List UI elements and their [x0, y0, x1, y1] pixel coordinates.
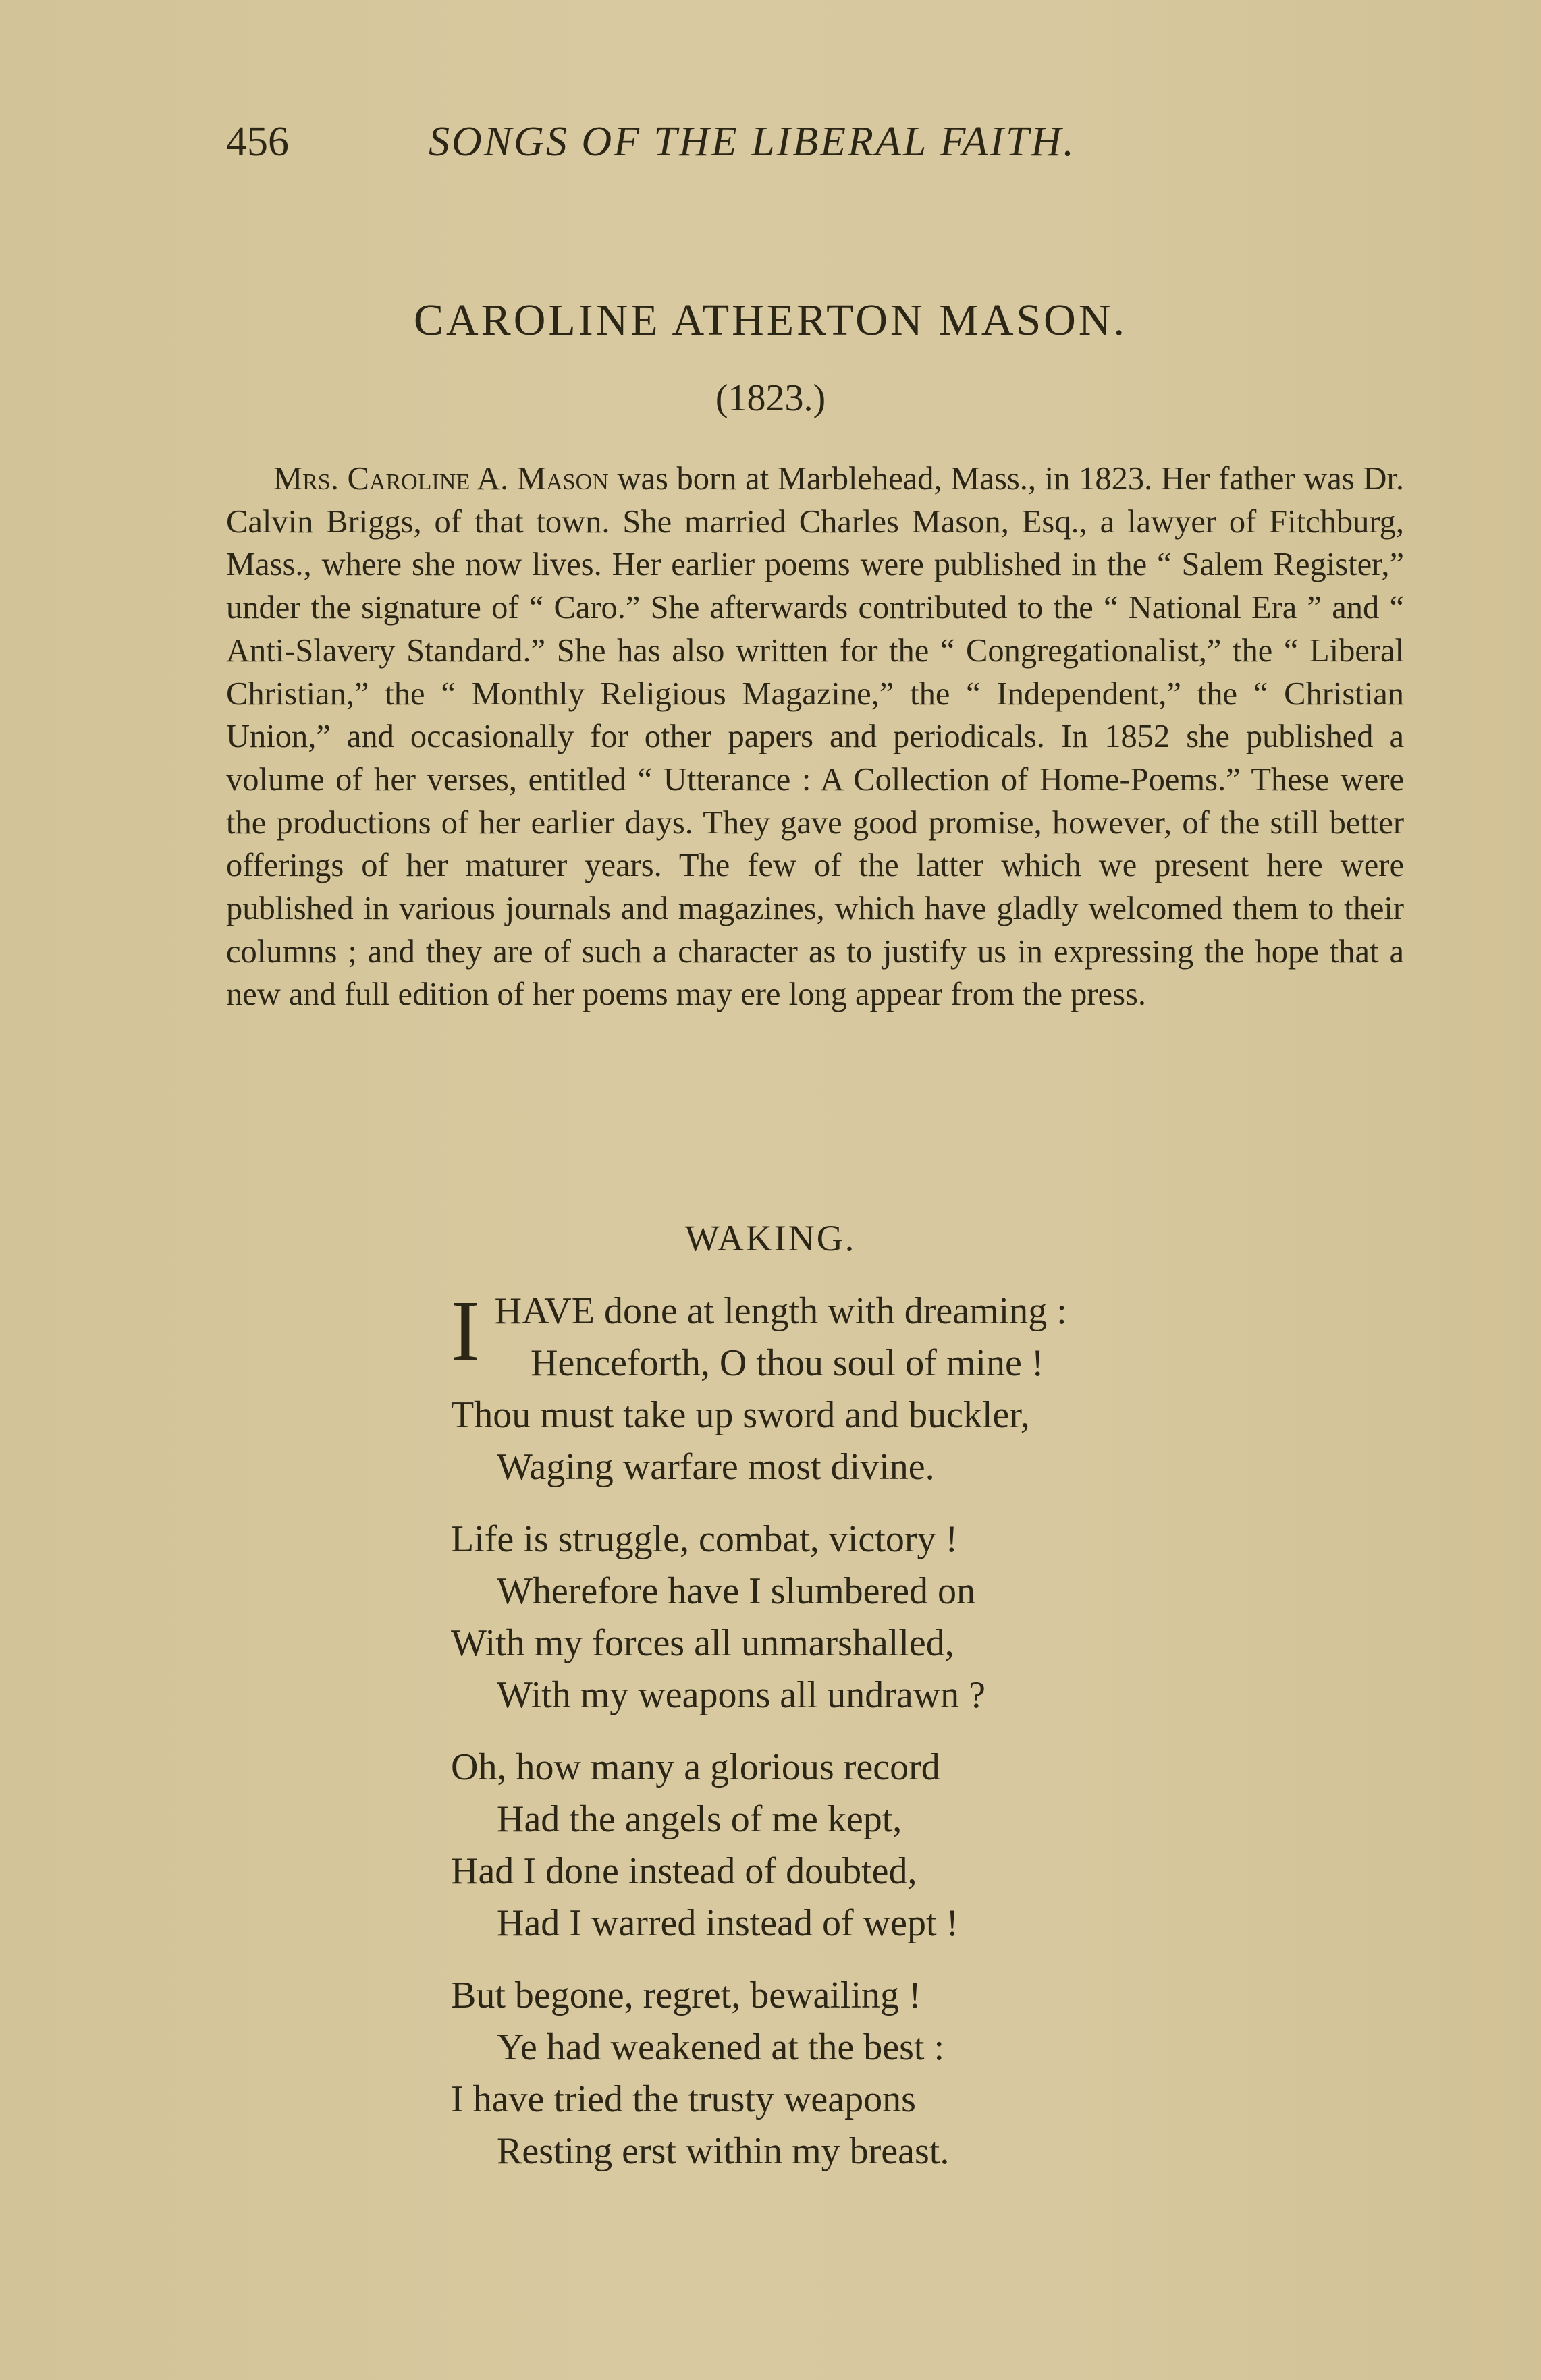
poem-line: Life is struggle, combat, victory !	[451, 1514, 1328, 1566]
page-number: 456	[226, 115, 289, 169]
stanza-2: Life is struggle, combat, victory ! Wher…	[451, 1514, 1328, 1721]
poem-line: Had I warred instead of wept !	[451, 1898, 1328, 1949]
poem-line: HAVE done at length with dreaming :	[451, 1285, 1328, 1337]
poem-line: Henceforth, O thou soul of mine !	[451, 1337, 1328, 1389]
poem-line: Waging warfare most divine.	[451, 1441, 1328, 1493]
biography: Mrs. Caroline A. Mason was born at Marbl…	[226, 458, 1404, 1016]
poem-line: Oh, how many a glorious record	[451, 1742, 1328, 1794]
book-page: 456 SONGS OF THE LIBERAL FAITH. CAROLINE…	[0, 0, 1541, 2380]
stanza-3: Oh, how many a glorious record Had the a…	[451, 1742, 1328, 1949]
biography-lead: Mrs. Caroline A. Mason	[273, 461, 609, 497]
stanza-1: I HAVE done at length with dreaming : He…	[451, 1285, 1328, 1493]
drop-cap: I	[451, 1294, 480, 1375]
poem-line: With my forces all unmarshalled,	[451, 1617, 1328, 1669]
poem-line: But begone, regret, bewailing !	[451, 1970, 1328, 2022]
author-heading: CAROLINE ATHERTON MASON.	[0, 290, 1541, 351]
author-dates: (1823.)	[0, 375, 1541, 422]
poem-line: With my weapons all undrawn ?	[451, 1669, 1328, 1721]
poem-line: Thou must take up sword and buckler,	[451, 1389, 1328, 1441]
poem-line: Wherefore have I slumbered on	[451, 1566, 1328, 1617]
running-title: SONGS OF THE LIBERAL FAITH.	[429, 115, 1076, 169]
poem-line: Ye had weakened at the best :	[451, 2022, 1328, 2074]
biography-text: was born at Marblehead, Mass., in 1823. …	[226, 461, 1404, 1012]
poem-title: WAKING.	[0, 1215, 1541, 1262]
running-head: 456 SONGS OF THE LIBERAL FAITH.	[226, 115, 1306, 169]
poem-line: Had the angels of me kept,	[451, 1794, 1328, 1846]
poem-body: I HAVE done at length with dreaming : He…	[451, 1285, 1328, 2198]
poem-line: Resting erst within my breast.	[451, 2126, 1328, 2178]
poem-line: Had I done instead of doubted,	[451, 1846, 1328, 1898]
stanza-4: But begone, regret, bewailing ! Ye had w…	[451, 1970, 1328, 2178]
biography-paragraph: Mrs. Caroline A. Mason was born at Marbl…	[226, 458, 1404, 1016]
poem-line: I have tried the trusty weapons	[451, 2074, 1328, 2126]
